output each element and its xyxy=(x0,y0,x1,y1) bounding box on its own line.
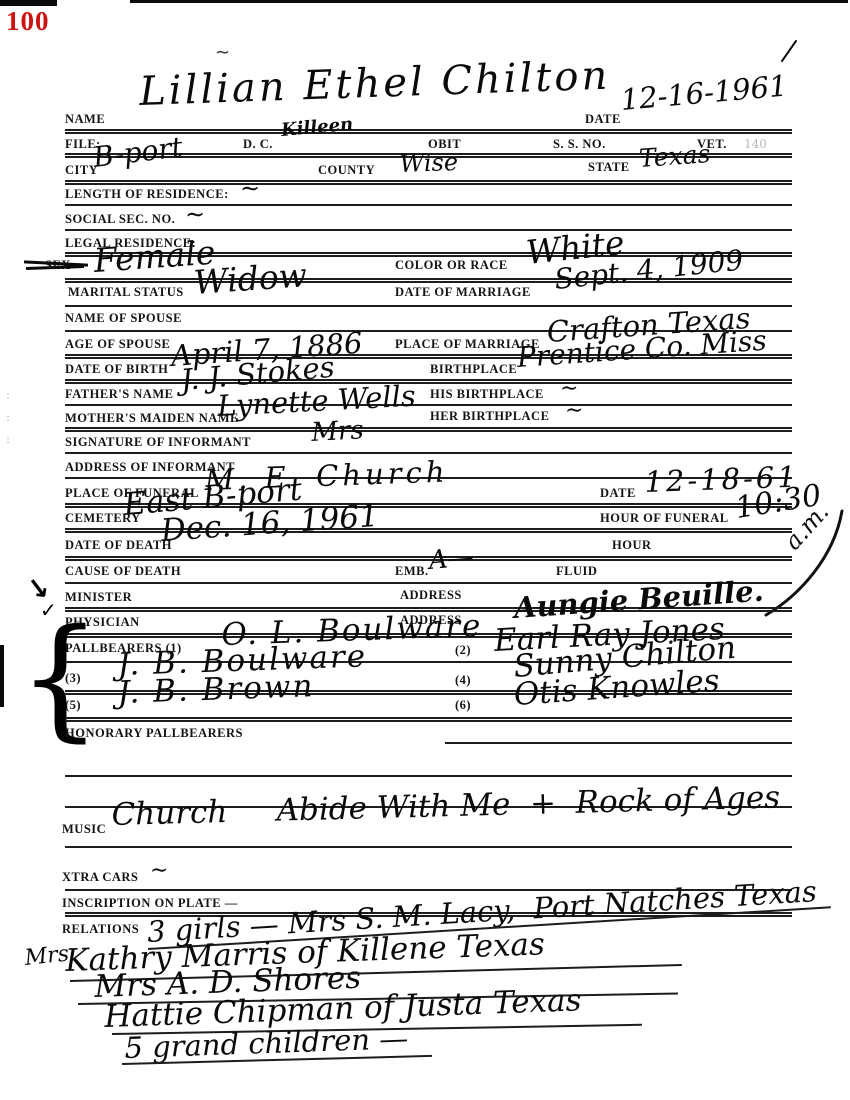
name-of-spouse-label: NAME OF SPOUSE xyxy=(65,311,182,326)
marital-status-value: Widow xyxy=(193,258,308,299)
pallbearer6-label: (6) xyxy=(455,698,471,713)
pallbearer4-label: (4) xyxy=(455,673,471,688)
pallbearer5-value: J. B. Brown xyxy=(117,671,315,709)
signature-of-informant-value: Mrs xyxy=(311,417,365,446)
rule-line xyxy=(65,379,792,384)
marital-status-label: MARITAL STATUS xyxy=(68,285,184,300)
music-value: Church Abide With Me + Rock of Ages xyxy=(111,783,780,831)
rule-line xyxy=(65,717,792,722)
her-birthplace-value: ∼ xyxy=(565,400,583,422)
date-top-label: DATE xyxy=(585,112,621,127)
page-number: 100 xyxy=(6,6,50,37)
date-of-death-label: DATE OF DEATH xyxy=(65,538,172,553)
date-of-birth-label: DATE OF BIRTH xyxy=(65,362,168,377)
name-value: Lillian Ethel Chilton xyxy=(139,56,611,112)
brace-doodle: { xyxy=(18,612,102,744)
length-of-residence-value: ∼ xyxy=(240,176,260,200)
margin-dots: : xyxy=(6,432,10,446)
his-birthplace-label: HIS BIRTHPLACE xyxy=(430,387,544,402)
minister-address-label: ADDRESS xyxy=(400,588,462,603)
city-value: B-port xyxy=(92,133,185,172)
fluid-label: FLUID xyxy=(556,564,597,579)
pen-stroke-curve xyxy=(762,505,847,623)
rule-line xyxy=(65,180,792,185)
rule-line xyxy=(65,229,792,231)
rule-line xyxy=(65,204,792,206)
mothers-maiden-name-label: MOTHER'S MAIDEN NAME xyxy=(65,411,239,426)
emb-label: EMB. xyxy=(395,564,429,579)
funeral-date-label: DATE xyxy=(600,486,636,501)
dc-label: D. C. xyxy=(243,137,273,152)
age-of-spouse-label: AGE OF SPOUSE xyxy=(65,337,170,352)
dc-value: Killeen xyxy=(280,116,353,140)
mothers-maiden-name-value: Lynette Wells xyxy=(216,382,416,421)
fathers-name-label: FATHER'S NAME xyxy=(65,387,173,402)
county-value: Wise xyxy=(399,150,458,176)
social-sec-no-label: SOCIAL SEC. NO. xyxy=(65,212,175,227)
rule-line xyxy=(65,452,792,454)
music-label: MUSIC xyxy=(62,822,106,837)
signature-of-informant-label: SIGNATURE OF INFORMANT xyxy=(65,435,251,450)
scan-edge-bar-top xyxy=(130,0,848,3)
pen-stroke-topright xyxy=(781,40,798,62)
her-birthplace-label: HER BIRTHPLACE xyxy=(430,409,549,424)
date-of-marriage-label: DATE OF MARRIAGE xyxy=(395,285,531,300)
scanned-funeral-record: 100 : : : ∼ NAME Lillian Ethel Chilton D… xyxy=(0,0,850,1100)
rule-line xyxy=(65,846,792,848)
margin-dots: : xyxy=(6,388,10,402)
rule-line xyxy=(445,742,792,744)
birthplace-label: BIRTHPLACE xyxy=(430,362,517,377)
rule-line xyxy=(65,775,792,777)
honorary-pallbearers-label: HONORARY PALLBEARERS xyxy=(65,726,243,741)
pen-tilde-mark: ∼ xyxy=(215,44,230,62)
ssn-col-label: S. S. NO. xyxy=(553,137,606,152)
pallbearer2-label: (2) xyxy=(455,643,471,658)
date-top-value: 12-16-1961 xyxy=(619,72,788,115)
relations-label: RELATIONS xyxy=(62,922,139,937)
pallbearer3-label: (3) xyxy=(65,671,81,686)
state-label: STATE xyxy=(588,160,630,175)
hour-of-funeral-label: HOUR OF FUNERAL xyxy=(600,511,729,526)
vet-smudge: 140 xyxy=(744,137,767,151)
state-value: Texas xyxy=(638,141,711,171)
emb-value: A— xyxy=(428,544,475,574)
margin-dots: : xyxy=(6,410,10,424)
social-sec-no-value: ∼ xyxy=(185,202,205,226)
extra-cars-value: ∼ xyxy=(150,860,168,882)
inscription-on-plate-label: INSCRIPTION ON PLATE — xyxy=(62,896,238,911)
rule-line xyxy=(65,427,792,432)
his-birthplace-value: ∼ xyxy=(560,378,578,400)
relations-line2-prefix: Mrs xyxy=(24,943,70,970)
color-or-race-label: COLOR OR RACE xyxy=(395,258,508,273)
county-label: COUNTY xyxy=(318,163,375,178)
scan-edge-sliver xyxy=(0,645,4,707)
hour-label: HOUR xyxy=(612,538,652,553)
cause-of-death-label: CAUSE OF DEATH xyxy=(65,564,181,579)
extra-cars-label: XTRA CARS xyxy=(62,870,138,885)
pallbearer5-label: (5) xyxy=(65,698,81,713)
name-label: NAME xyxy=(65,112,105,127)
rule-line xyxy=(65,404,792,406)
